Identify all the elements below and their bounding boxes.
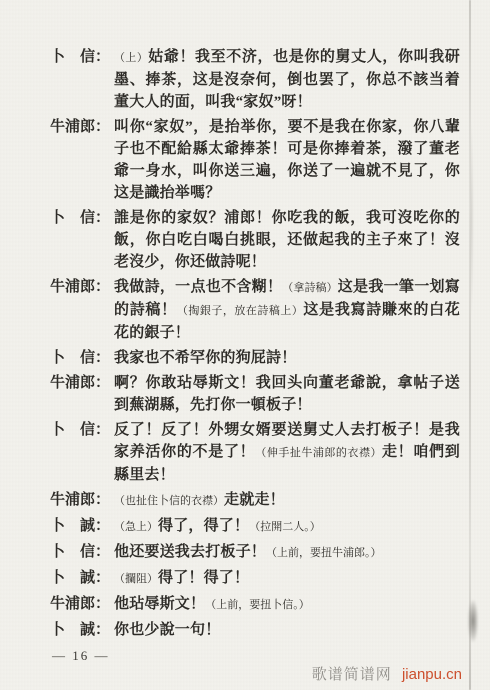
scanned-script-page: 卜 信：（上）姑爺！我至不济，也是你的舅丈人，你叫我研墨、捧茶，这是沒奈何，倒也… xyxy=(0,0,490,690)
speech-text: （上）姑爺！我至不济，也是你的舅丈人，你叫我研墨、捧茶，这是沒奈何，倒也罢了，你… xyxy=(114,46,460,113)
dialogue-line: 牛浦郎：啊？你敢玷辱斯文！我回头向董老爺說，拿帖子送到蕪湖縣，先打你一頓板子！ xyxy=(50,372,460,416)
scan-smudge-faint xyxy=(469,120,474,320)
speaker-name: 牛浦郎： xyxy=(50,489,114,511)
speech-text: 叫你“家奴”，是抬举你，要不是我在你家，你八輩子也不配給縣太爺捧茶！可是你捧着茶… xyxy=(114,116,460,204)
speaker-name: 牛浦郎： xyxy=(50,593,114,615)
speech-segment: 啊？你敢玷辱斯文！我回头向董老爺說，拿帖子送到蕪湖縣，先打你一頓板子！ xyxy=(114,375,460,413)
speech-segment: 他玷辱斯文！ xyxy=(114,596,205,612)
dialogue-line: 牛浦郎：叫你“家奴”，是抬举你，要不是我在你家，你八輩子也不配給縣太爺捧茶！可是… xyxy=(50,116,460,204)
speech-text: （攔阻）得了！得了！ xyxy=(114,567,460,590)
speaker-name: 卜 信： xyxy=(50,207,114,229)
speech-text: 我家也不希罕你的狗屁詩！ xyxy=(114,347,460,369)
stage-direction: （上前，要扭牛浦郎。） xyxy=(266,547,382,559)
speaker-name: 牛浦郎： xyxy=(50,116,114,138)
speech-segment: 走就走！ xyxy=(224,492,285,508)
stage-direction: （上前，要扭卜信。） xyxy=(205,599,310,611)
speaker-name: 卜 信： xyxy=(50,46,114,68)
speech-text: 他玷辱斯文！（上前，要扭卜信。） xyxy=(114,593,460,616)
dialogue-line: 卜 誠：（急上）得了，得了！（拉開二人。） xyxy=(50,515,460,538)
speaker-name: 卜 信： xyxy=(50,419,114,441)
dialogue-line: 卜 誠：（攔阻）得了！得了！ xyxy=(50,567,460,590)
dialogue-line: 牛浦郎：（也扯住卜信的衣襟）走就走！ xyxy=(50,489,460,512)
speech-text: 你也少說一句！ xyxy=(114,619,460,641)
scan-smudge xyxy=(468,600,478,642)
stage-direction: （攔阻） xyxy=(114,573,158,585)
speech-text: 誰是你的家奴？浦郎！你吃我的飯，我可沒吃你的飯，你白吃白喝白挑眼，还做起我的主子… xyxy=(114,207,460,273)
speaker-name: 卜 信： xyxy=(50,541,114,563)
dialogue-line: 卜 信：（上）姑爺！我至不济，也是你的舅丈人，你叫我研墨、捧茶，这是沒奈何，倒也… xyxy=(50,46,460,113)
speech-segment: 得了！得了！ xyxy=(158,570,249,586)
speech-segment: 你也少說一句！ xyxy=(114,622,220,638)
stage-direction: （急上） xyxy=(114,521,158,533)
speaker-name: 牛浦郎： xyxy=(50,276,114,298)
stage-direction: （也扯住卜信的衣襟） xyxy=(114,495,224,507)
stage-direction: （伸手扯牛浦郎的衣襟） xyxy=(255,447,382,459)
speaker-name: 卜 信： xyxy=(50,347,114,369)
dialogue-list: 卜 信：（上）姑爺！我至不济，也是你的舅丈人，你叫我研墨、捧茶，这是沒奈何，倒也… xyxy=(50,46,460,641)
dialogue-line: 卜 信：他还要送我去打板子！（上前，要扭牛浦郎。） xyxy=(50,541,460,564)
speaker-name: 卜 誠： xyxy=(50,567,114,589)
stage-direction: （上） xyxy=(114,52,148,64)
speech-text: 我做詩，一点也不含糊！（拿詩稿）这是我一筆一划寫的詩稿！（掏銀子，放在詩稿上）这… xyxy=(114,276,460,344)
stage-direction: （拿詩稿） xyxy=(282,282,337,294)
dialogue-line: 卜 信：我家也不希罕你的狗屁詩！ xyxy=(50,347,460,369)
speech-segment: 我做詩，一点也不含糊！ xyxy=(114,279,282,295)
dialogue-line: 卜 信：誰是你的家奴？浦郎！你吃我的飯，我可沒吃你的飯，你白吃白喝白挑眼，还做起… xyxy=(50,207,460,273)
speaker-name: 牛浦郎： xyxy=(50,372,114,394)
speech-segment: 得了，得了！ xyxy=(158,518,249,534)
speech-segment: 姑爺！我至不济，也是你的舅丈人，你叫我研墨、捧茶，这是沒奈何，倒也罢了，你总不該… xyxy=(114,49,460,110)
watermark-site-url: jianpu.cn xyxy=(402,666,462,683)
speech-text: （急上）得了，得了！（拉開二人。） xyxy=(114,515,460,538)
speech-segment: 誰是你的家奴？浦郎！你吃我的飯，我可沒吃你的飯，你白吃白喝白挑眼，还做起我的主子… xyxy=(114,210,460,270)
watermark-site-name: 歌谱简谱网 xyxy=(312,666,392,683)
dialogue-line: 牛浦郎：我做詩，一点也不含糊！（拿詩稿）这是我一筆一划寫的詩稿！（掏銀子，放在詩… xyxy=(50,276,460,344)
speech-segment: 我家也不希罕你的狗屁詩！ xyxy=(114,350,296,366)
page-number: — 16 — xyxy=(52,648,110,664)
watermark: 歌谱简谱网 jianpu.cn xyxy=(312,663,462,684)
stage-direction: （掏銀子，放在詩稿上） xyxy=(177,305,304,317)
speaker-name: 卜 誠： xyxy=(50,515,114,537)
speech-text: 他还要送我去打板子！（上前，要扭牛浦郎。） xyxy=(114,541,460,564)
speech-text: （也扯住卜信的衣襟）走就走！ xyxy=(114,489,460,512)
dialogue-line: 牛浦郎：他玷辱斯文！（上前，要扭卜信。） xyxy=(50,593,460,616)
stage-direction: （拉開二人。） xyxy=(249,521,321,533)
dialogue-line: 卜 信：反了！反了！外甥女婿要送舅丈人去打板子！是我家养活你的不是了！（伸手扯牛… xyxy=(50,419,460,486)
speaker-name: 卜 誠： xyxy=(50,619,114,641)
speech-text: 啊？你敢玷辱斯文！我回头向董老爺說，拿帖子送到蕪湖縣，先打你一頓板子！ xyxy=(114,372,460,416)
dialogue-line: 卜 誠：你也少說一句！ xyxy=(50,619,460,641)
page-spine-shadow xyxy=(469,0,471,690)
speech-text: 反了！反了！外甥女婿要送舅丈人去打板子！是我家养活你的不是了！（伸手扯牛浦郎的衣… xyxy=(114,419,460,486)
speech-segment: 叫你“家奴”，是抬举你，要不是我在你家，你八輩子也不配給縣太爺捧茶！可是你捧着茶… xyxy=(114,119,460,201)
speech-segment: 他还要送我去打板子！ xyxy=(114,544,266,560)
